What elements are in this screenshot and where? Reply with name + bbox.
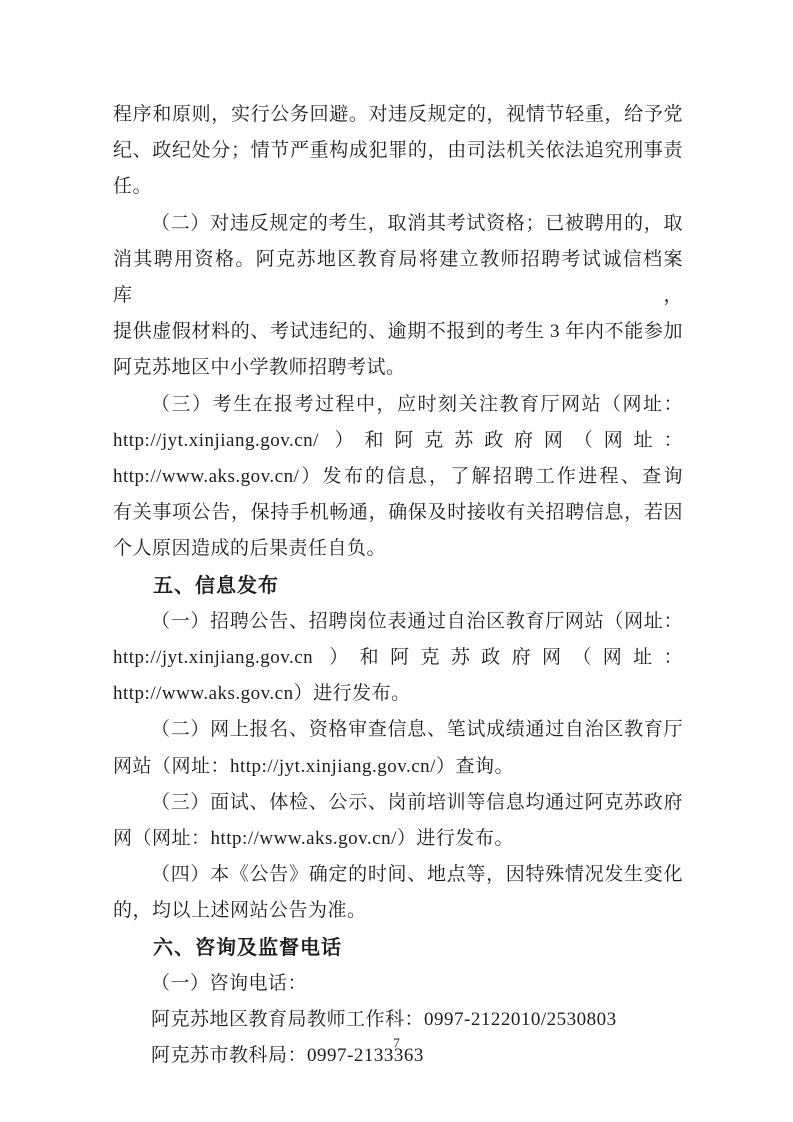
text-line: 有关事项公告，保持手机畅通，确保及时接收有关招聘信息，若因 [113,495,683,531]
text-line url-line: http://www.aks.gov.cn）进行发布。 [113,676,683,712]
text-line: 纪、政纪处分；情节严重构成犯罪的，由司法机关依法追究刑事责 [113,133,683,169]
text-line: 任。 [113,169,683,205]
text-line url-line: 网站（网址：http://jyt.xinjiang.gov.cn/）查询。 [113,749,683,785]
section-heading-contact-phones: 六、咨询及监督电话 [113,930,683,966]
text-line: 程序和原则，实行公务回避。对违反规定的，视情节轻重，给予党 [113,97,683,133]
text-line url-line: http://jyt.xinjiang.gov.cn ）和阿克苏政府网（网址： [113,640,683,676]
text-line: 的，均以上述网站公告为准。 [113,893,683,929]
text-line: 阿克苏地区中小学教师招聘考试。 [113,350,683,386]
text-line url-line: http://jyt.xinjiang.gov.cn/ ）和阿克苏政府网（网址： [113,423,683,459]
text-line: （二）网上报名、资格审查信息、笔试成绩通过自治区教育厅 [113,712,683,748]
phone-line: 阿克苏地区教育局教师工作科：0997-2122010/2530803 [113,1002,683,1038]
text-line: 个人原因造成的后果责任自负。 [113,531,683,567]
text-line url-line: http://www.aks.gov.cn/）发布的信息，了解招聘工作进程、查询 [113,459,683,495]
text-line: （四）本《公告》确定的时间、地点等，因特殊情况发生变化 [113,857,683,893]
document-body: 程序和原则，实行公务回避。对违反规定的，视情节轻重，给予党 纪、政纪处分；情节严… [113,97,683,1074]
text-line: 消其聘用资格。阿克苏地区教育局将建立教师招聘考试诚信档案库， [113,242,683,314]
section-heading-info-release: 五、信息发布 [113,568,683,604]
text-line: （一）咨询电话： [113,966,683,1002]
text-line: （三）面试、体检、公示、岗前培训等信息均通过阿克苏政府 [113,785,683,821]
text-line: （三）考生在报考过程中，应时刻关注教育厅网站（网址： [113,387,683,423]
document-page: 程序和原则，实行公务回避。对违反规定的，视情节轻重，给予党 纪、政纪处分；情节严… [0,0,793,1122]
text-line: 提供虚假材料的、考试违纪的、逾期不报到的考生 3 年内不能参加 [113,314,683,350]
text-line: （一）招聘公告、招聘岗位表通过自治区教育厅网站（网址： [113,604,683,640]
text-line: （二）对违反规定的考生，取消其考试资格；已被聘用的，取 [113,206,683,242]
page-number: 7 [0,1034,793,1052]
text-line url-line: 网（网址：http://www.aks.gov.cn/）进行发布。 [113,821,683,857]
